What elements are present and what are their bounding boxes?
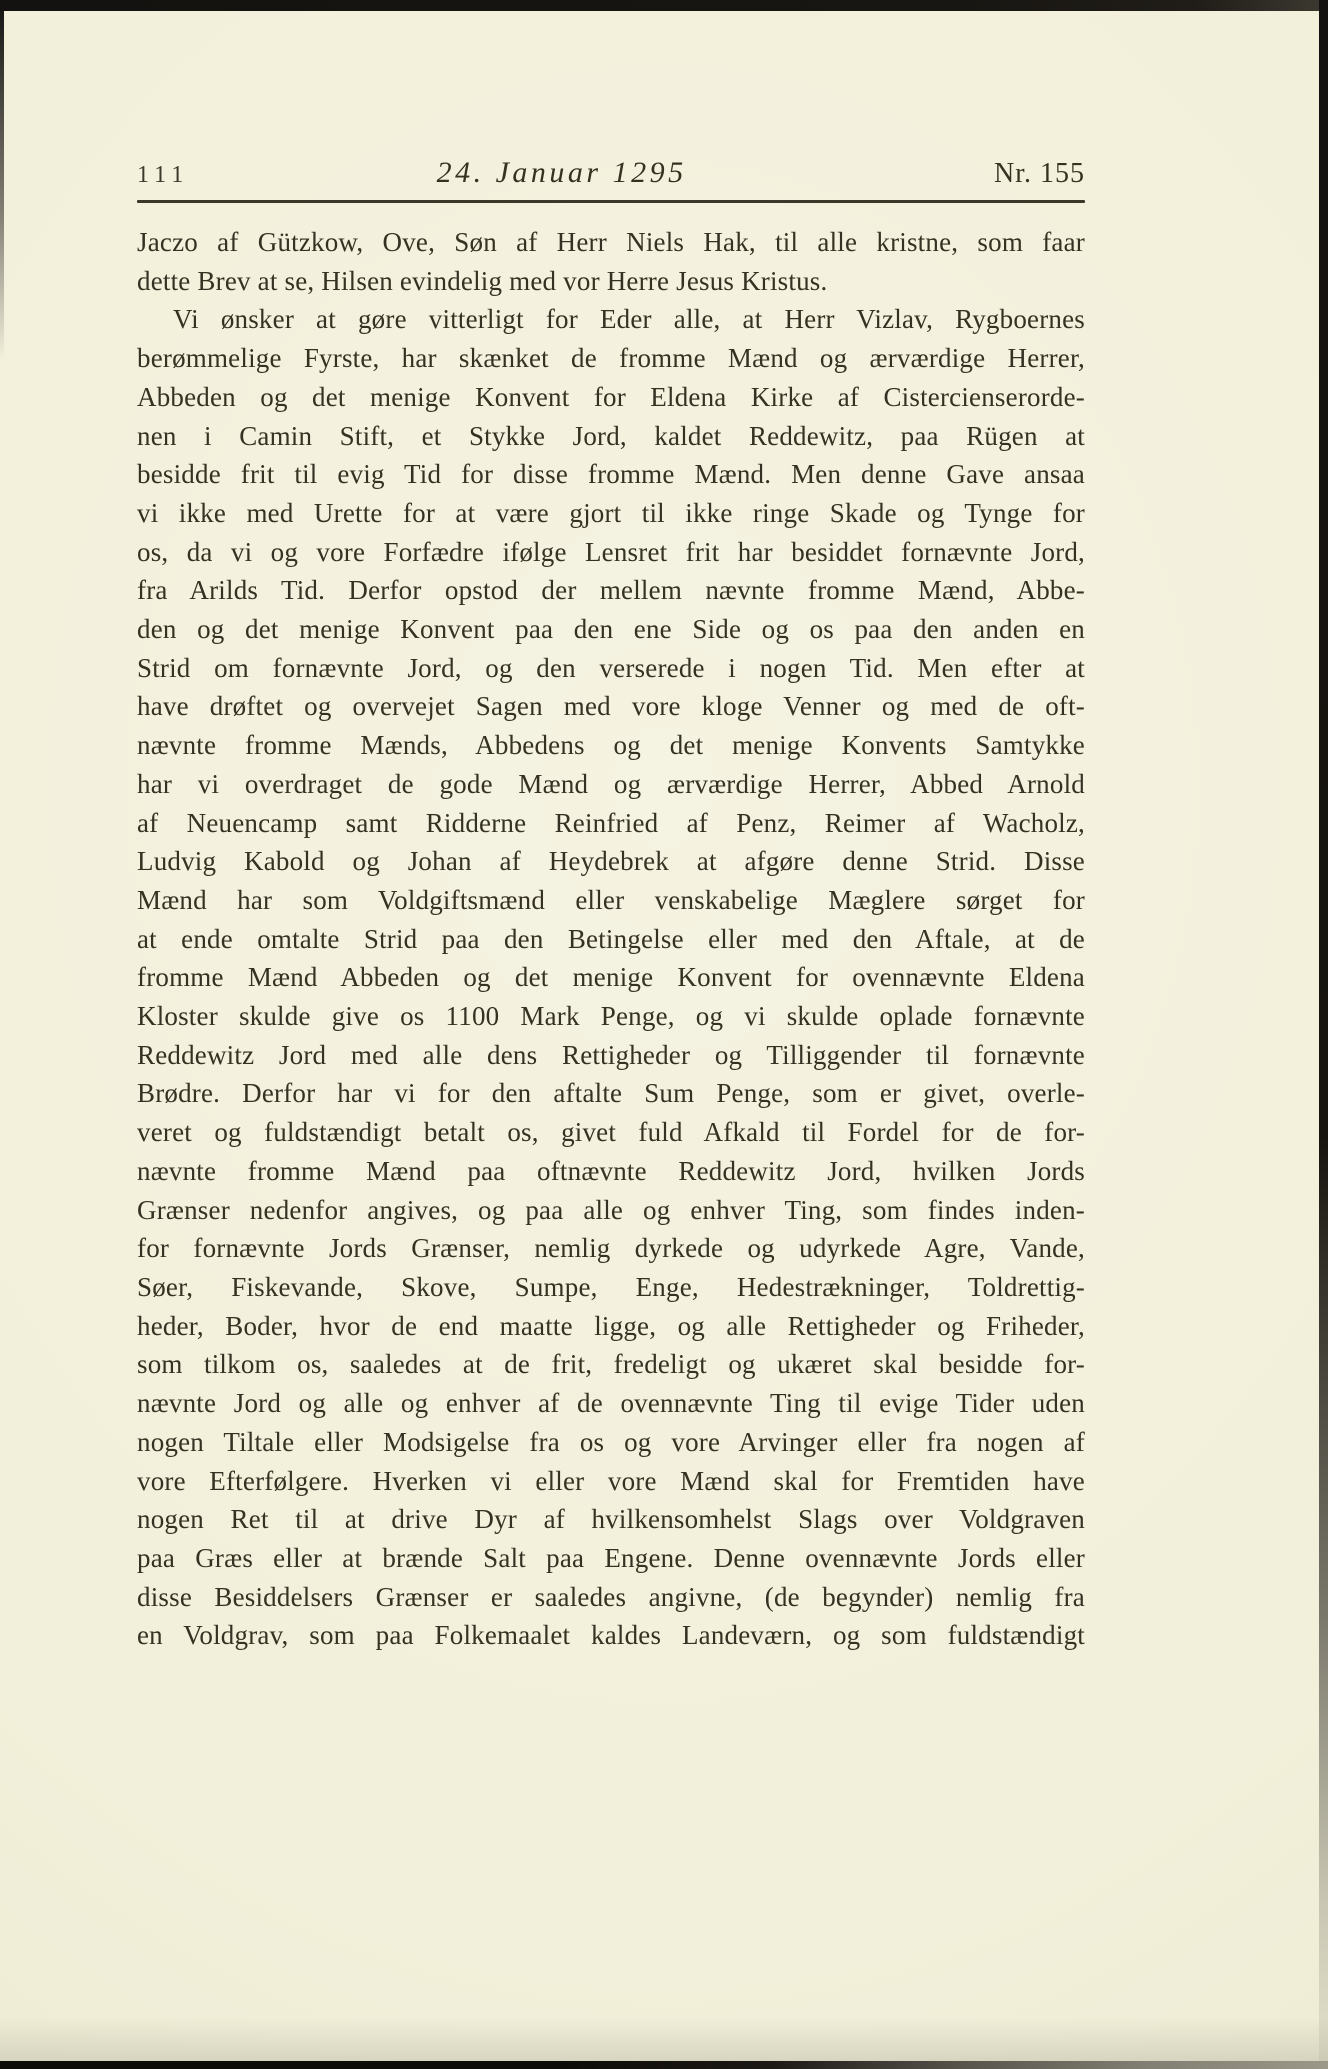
text-line: nævnte Jord og alle og enhver af de oven… — [137, 1384, 1085, 1423]
text-line: vi ikke med Urette for at være gjort til… — [137, 494, 1085, 533]
text-line: Ludvig Kabold og Johan af Heydebrek at a… — [137, 842, 1085, 881]
text-line: en Voldgrav, som paa Folkemaalet kaldes … — [137, 1616, 1085, 1655]
scan-edge-right — [1319, 0, 1328, 2069]
text-line: fromme Mænd Abbeden og det menige Konven… — [137, 958, 1085, 997]
text-line: som tilkom os, saaledes at de frit, fred… — [137, 1345, 1085, 1384]
scanned-book-page: 111 24. Januar 1295 Nr. 155 Jaczo af Güt… — [0, 0, 1328, 2069]
text-line: veret og fuldstændigt betalt os, givet f… — [137, 1113, 1085, 1152]
text-line: nævnte fromme Mænd paa oftnævnte Reddewi… — [137, 1152, 1085, 1191]
text-line: nen i Camin Stift, et Stykke Jord, kalde… — [137, 417, 1085, 456]
text-line: Jaczo af Gützkow, Ove, Søn af Herr Niels… — [137, 223, 1085, 262]
header-rule — [137, 200, 1085, 203]
text-line: Mænd har som Voldgiftsmænd eller venskab… — [137, 881, 1085, 920]
text-line: Abbeden og det menige Konvent for Eldena… — [137, 378, 1085, 417]
text-line: Brødre. Derfor har vi for den aftalte Su… — [137, 1074, 1085, 1113]
text-line: fra Arilds Tid. Derfor opstod der mellem… — [137, 571, 1085, 610]
text-line: nogen Ret til at drive Dyr af hvilkensom… — [137, 1500, 1085, 1539]
text-line: den og det menige Konvent paa den ene Si… — [137, 610, 1085, 649]
text-line: Grænser nedenfor angives, og paa alle og… — [137, 1191, 1085, 1230]
scan-edge-left — [0, 0, 4, 360]
text-line: Søer, Fiskevande, Skove, Sumpe, Enge, He… — [137, 1268, 1085, 1307]
text-line: disse Besiddelsers Grænser er saaledes a… — [137, 1578, 1085, 1617]
text-line: Kloster skulde give os 1100 Mark Penge, … — [137, 997, 1085, 1036]
text-line: berømmelige Fyrste, har skænket de fromm… — [137, 339, 1085, 378]
scan-edge-bottom — [0, 2061, 1328, 2069]
text-line: heder, Boder, hvor de end maatte ligge, … — [137, 1307, 1085, 1346]
text-line: for fornævnte Jords Grænser, nemlig dyrk… — [137, 1229, 1085, 1268]
page-number: 111 — [137, 162, 189, 189]
text-line: Reddewitz Jord med alle dens Rettigheder… — [137, 1036, 1085, 1075]
scan-edge-top — [0, 0, 1328, 11]
text-line: have drøftet og overvejet Sagen med vore… — [137, 687, 1085, 726]
document-number: Nr. 155 — [994, 158, 1085, 190]
text-line: besidde frit til evig Tid for disse from… — [137, 455, 1085, 494]
text-line: vore Efterfølgere. Hverken vi eller vore… — [137, 1462, 1085, 1501]
text-line: nævnte fromme Mænds, Abbedens og det men… — [137, 726, 1085, 765]
text-line: dette Brev at se, Hilsen evindelig med v… — [137, 262, 1085, 301]
letter-body: Jaczo af Gützkow, Ove, Søn af Herr Niels… — [137, 223, 1085, 1655]
text-line: os, da vi og vore Forfædre ifølge Lensre… — [137, 533, 1085, 572]
text-line: af Neuencamp samt Ridderne Reinfried af … — [137, 804, 1085, 843]
text-line: nogen Tiltale eller Modsigelse fra os og… — [137, 1423, 1085, 1462]
text-line: Vi ønsker at gøre vitterligt for Eder al… — [137, 300, 1085, 339]
scan-edge-bottom-haze — [0, 2017, 1328, 2063]
date-heading: 24. Januar 1295 — [437, 156, 687, 190]
text-line: paa Græs eller at brænde Salt paa Engene… — [137, 1539, 1085, 1578]
text-line: at ende omtalte Strid paa den Betingelse… — [137, 920, 1085, 959]
page-header: 111 24. Januar 1295 Nr. 155 — [137, 156, 1085, 196]
text-line: Strid om fornævnte Jord, og den versered… — [137, 649, 1085, 688]
text-line: har vi overdraget de gode Mænd og ærværd… — [137, 765, 1085, 804]
